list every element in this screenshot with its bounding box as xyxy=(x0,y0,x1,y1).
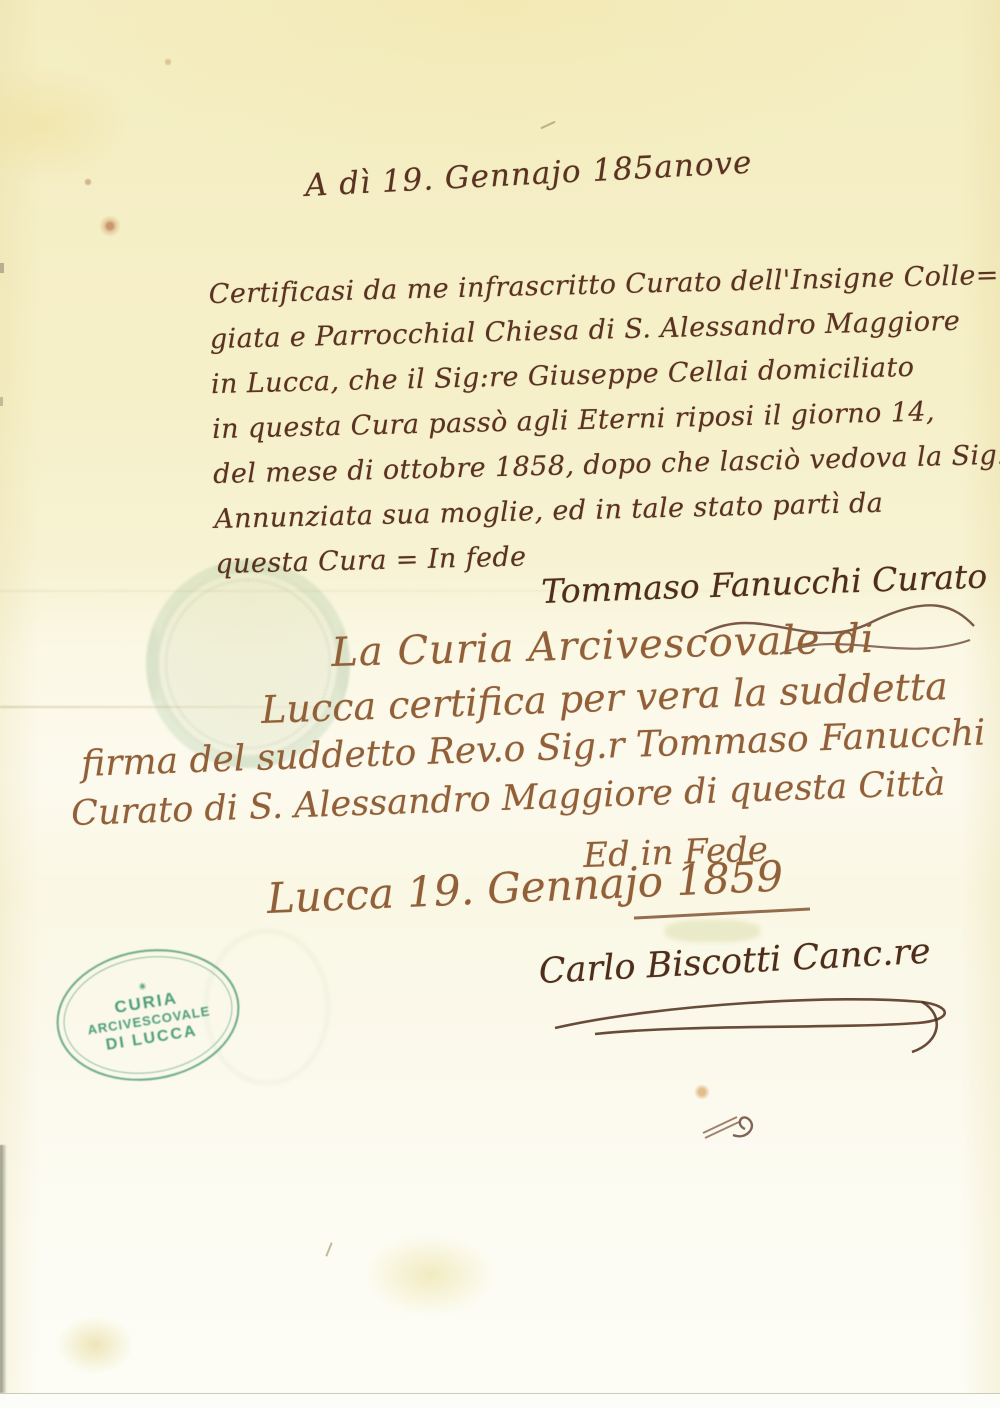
scan-background-strip xyxy=(0,1393,1000,1408)
date-line: A dì 19. Gennajo 185anove xyxy=(304,145,753,204)
scanner-edge-shadow xyxy=(0,1145,7,1393)
pen-tick-mark xyxy=(325,1242,332,1257)
body-paragraph: Certificasi da me infrascritto Curato de… xyxy=(208,252,1000,587)
date-underline xyxy=(632,906,812,920)
ink-scribble-mark xyxy=(695,1105,780,1160)
stamp-offset-trace xyxy=(665,920,760,942)
pen-tick-mark xyxy=(540,121,555,130)
scan-edge-mark xyxy=(0,263,4,273)
chancellor-signature-flourish xyxy=(540,986,960,1056)
scan-edge-mark xyxy=(0,397,3,406)
paper-sheet: A dì 19. Gennajo 185anove Certificasi da… xyxy=(0,0,1000,1393)
document-scan: A dì 19. Gennajo 185anove Certificasi da… xyxy=(0,0,1000,1408)
